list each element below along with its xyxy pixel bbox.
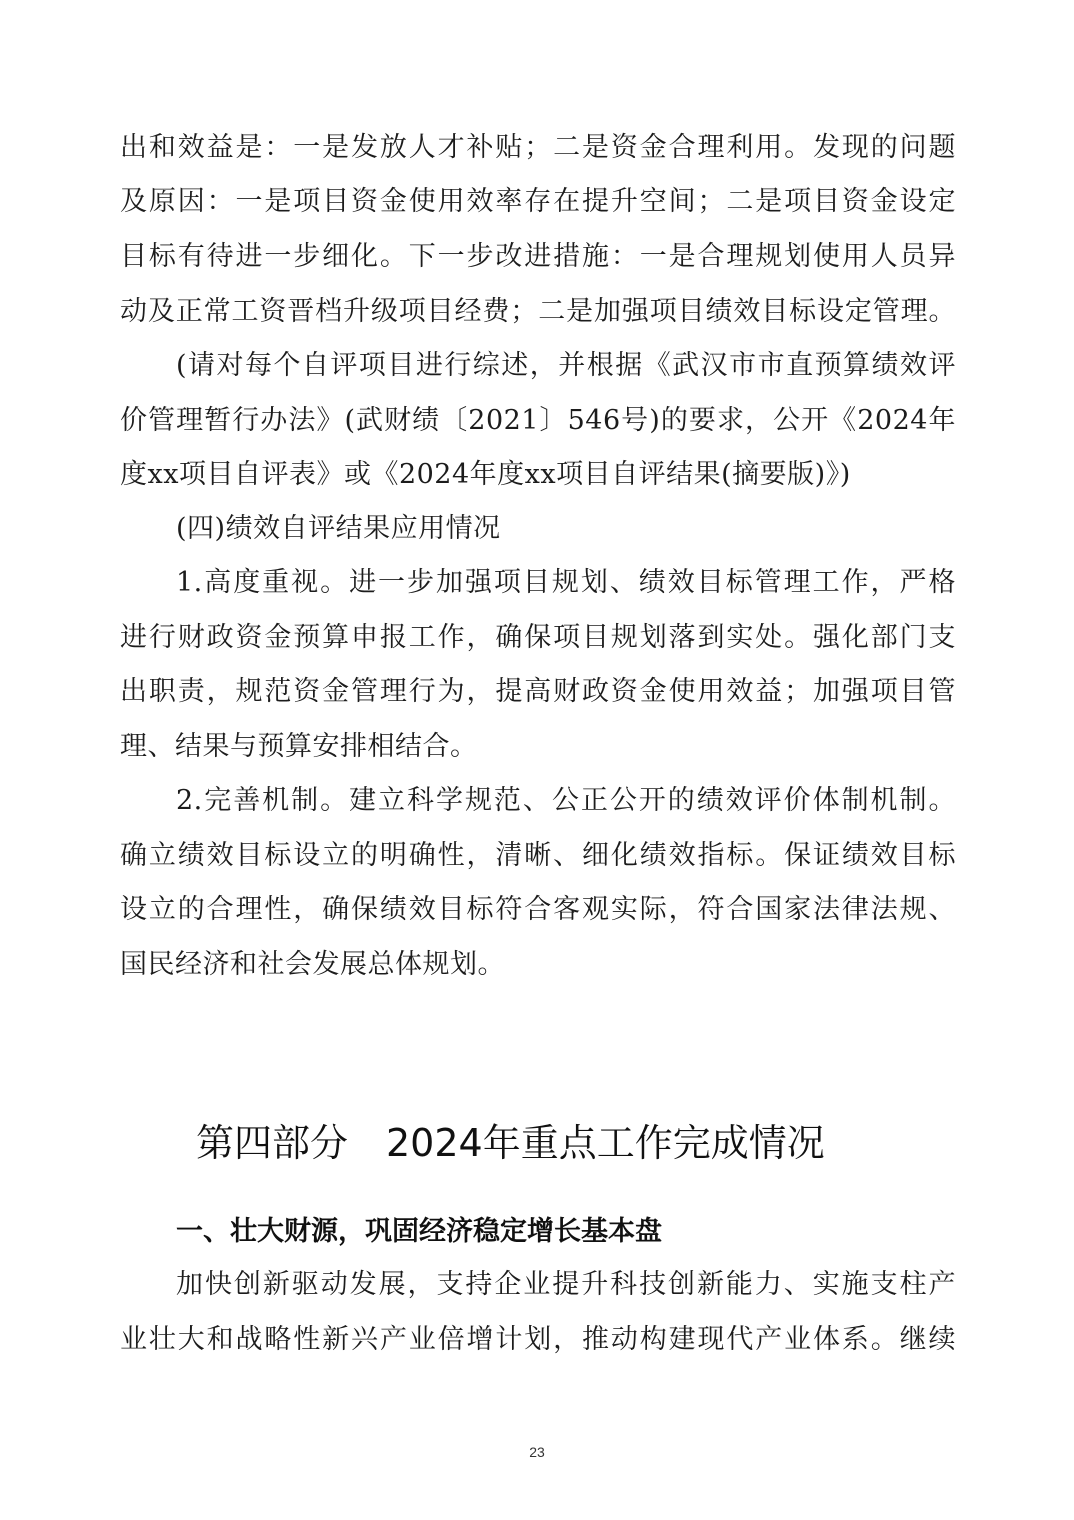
subsection-heading: (四)绩效自评结果应用情况: [176, 509, 956, 549]
page-number: 23: [0, 1444, 1074, 1460]
text-line: 进行财政资金预算申报工作，确保项目规划落到实处。强化部门支: [120, 618, 956, 658]
text-line: 目标有待进一步细化。下一步改进措施：一是合理规划使用人员异: [120, 237, 956, 277]
text-line: 及原因：一是项目资金使用效率存在提升空间；二是项目资金设定: [120, 182, 956, 222]
text-line: 设立的合理性，确保绩效目标符合客观实际，符合国家法律法规、: [120, 890, 956, 930]
instruction-note-line: (请对每个自评项目进行综述，并根据《武汉市市直预算绩效评: [176, 346, 956, 386]
text-line: 出职责，规范资金管理行为，提高财政资金使用效益；加强项目管: [120, 672, 956, 712]
text-line: 业壮大和战略性新兴产业倍增计划，推动构建现代产业体系。继续: [120, 1320, 956, 1360]
section-heading: 一、壮大财源，巩固经济稳定增长基本盘: [176, 1212, 662, 1252]
part-title: 第四部分 2024年重点工作完成情况: [196, 1118, 846, 1168]
document-page: 出和效益是：一是发放人才补贴；二是资金合理利用。发现的问题 及原因：一是项目资金…: [0, 0, 1074, 1520]
text-line: 动及正常工资晋档升级项目经费；二是加强项目绩效目标设定管理。: [120, 292, 956, 332]
text-line: 国民经济和社会发展总体规划。: [120, 945, 956, 985]
text-line: 理、结果与预算安排相结合。: [120, 727, 956, 767]
text-line: 2.完善机制。建立科学规范、公正公开的绩效评价体制机制。: [176, 781, 956, 821]
instruction-note-line: 度xx项目自评表》或《2024年度xx项目自评结果(摘要版)》): [120, 455, 920, 495]
text-line: 加快创新驱动发展，支持企业提升科技创新能力、实施支柱产: [176, 1265, 956, 1305]
text-line: 1.高度重视。进一步加强项目规划、绩效目标管理工作，严格: [176, 563, 956, 603]
text-line: 确立绩效目标设立的明确性，清晰、细化绩效指标。保证绩效目标: [120, 836, 956, 876]
instruction-note-line: 价管理暂行办法》(武财绩〔2021〕546号)的要求，公开《2024年: [120, 401, 956, 441]
text-line: 出和效益是：一是发放人才补贴；二是资金合理利用。发现的问题: [120, 128, 956, 168]
